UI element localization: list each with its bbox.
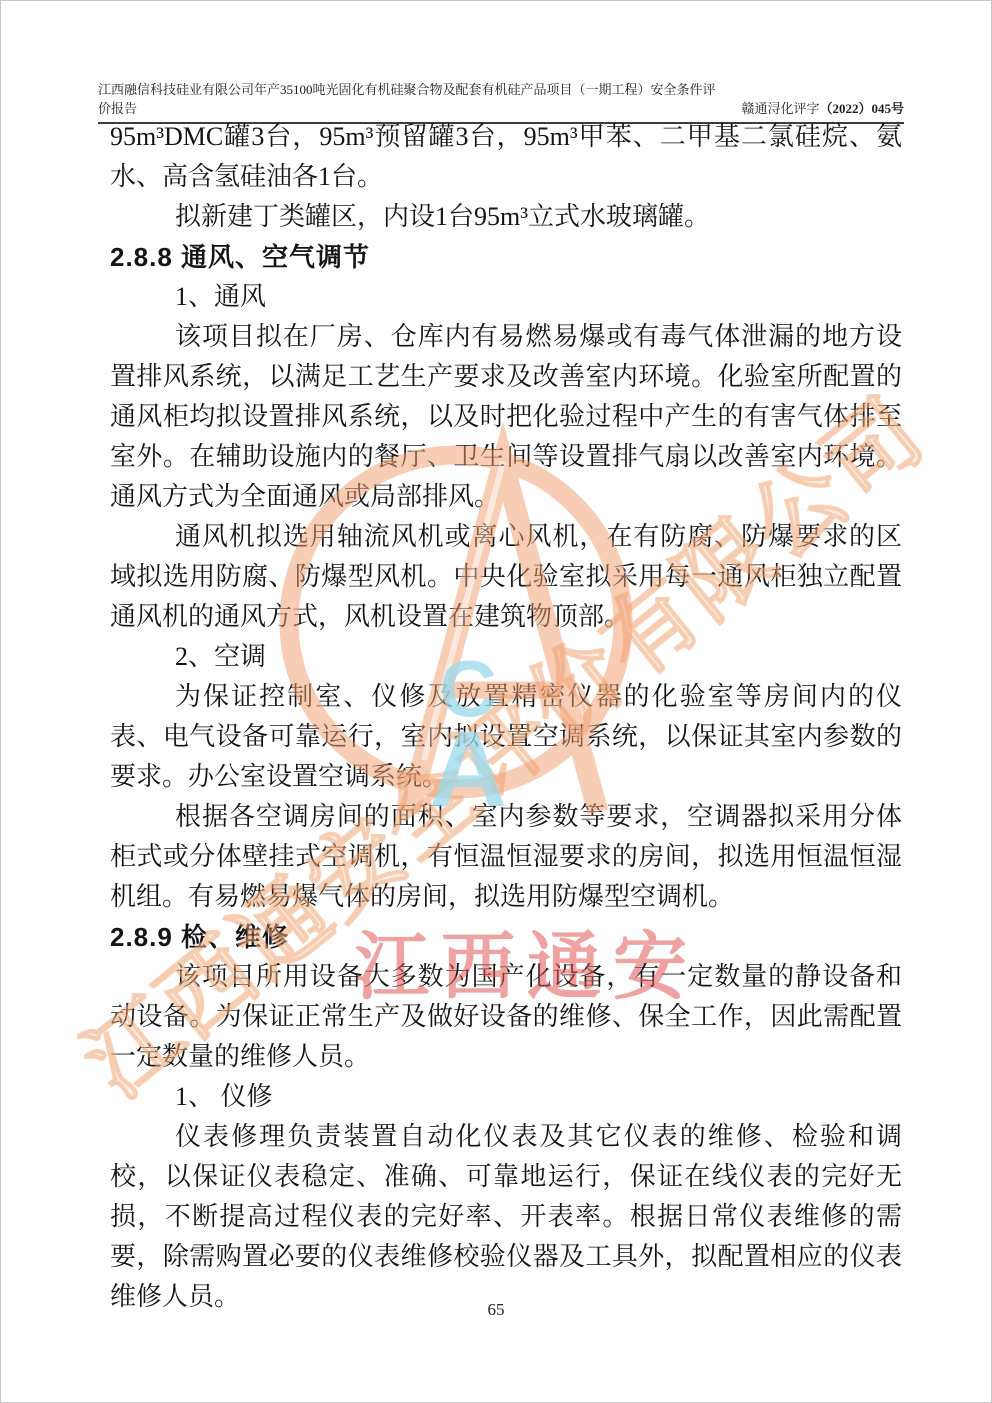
header-doc-number-value: （2022）045号 (819, 101, 904, 116)
body-paragraph: 通风机拟选用轴流风机或离心风机，在有防腐、防爆要求的区域拟选用防腐、防爆型风机。… (110, 517, 902, 637)
list-subitem: 1、通风 (110, 277, 902, 317)
body-paragraph: 95m³DMC罐3台，95m³预留罐3台，95m³甲苯、二甲基二氯硅烷、氨水、高… (110, 117, 902, 197)
header-doc-number-label: 赣通浔化评字 (741, 101, 819, 116)
body-paragraph: 根据各空调房间的面积、室内参数等要求，空调器拟采用分体柜式或分体壁挂式空调机，有… (110, 797, 902, 917)
section-heading: 2.8.9 检、维修 (110, 917, 902, 957)
header-report-title: 江西融信科技硅业有限公司年产35100吨光固化有机硅聚合物及配套有机硅产品项目（… (98, 80, 727, 118)
page-number: 65 (0, 1300, 992, 1320)
list-subitem: 1、 仪修 (110, 1077, 902, 1117)
header-doc-number: 赣通浔化评字（2022）045号 (741, 99, 904, 118)
body-paragraph: 该项目所用设备大多数为国产化设备，有一定数量的静设备和动设备。为保证正常生产及做… (110, 957, 902, 1077)
document-body: 95m³DMC罐3台，95m³预留罐3台，95m³甲苯、二甲基二氯硅烷、氨水、高… (110, 117, 902, 1317)
body-paragraph: 为保证控制室、仪修及放置精密仪器的化验室等房间内的仪表、电气设备可靠运行，室内拟… (110, 677, 902, 797)
body-paragraph: 该项目拟在厂房、仓库内有易燃易爆或有毒气体泄漏的地方设置排风系统，以满足工艺生产… (110, 317, 902, 517)
body-paragraph: 拟新建丁类罐区，内设1台95m³立式水玻璃罐。 (110, 197, 902, 237)
body-paragraph: 仪表修理负责装置自动化仪表及其它仪表的维修、检验和调校，以保证仪表稳定、准确、可… (110, 1117, 902, 1317)
list-subitem: 2、空调 (110, 637, 902, 677)
section-heading: 2.8.8 通风、空气调节 (110, 237, 902, 277)
